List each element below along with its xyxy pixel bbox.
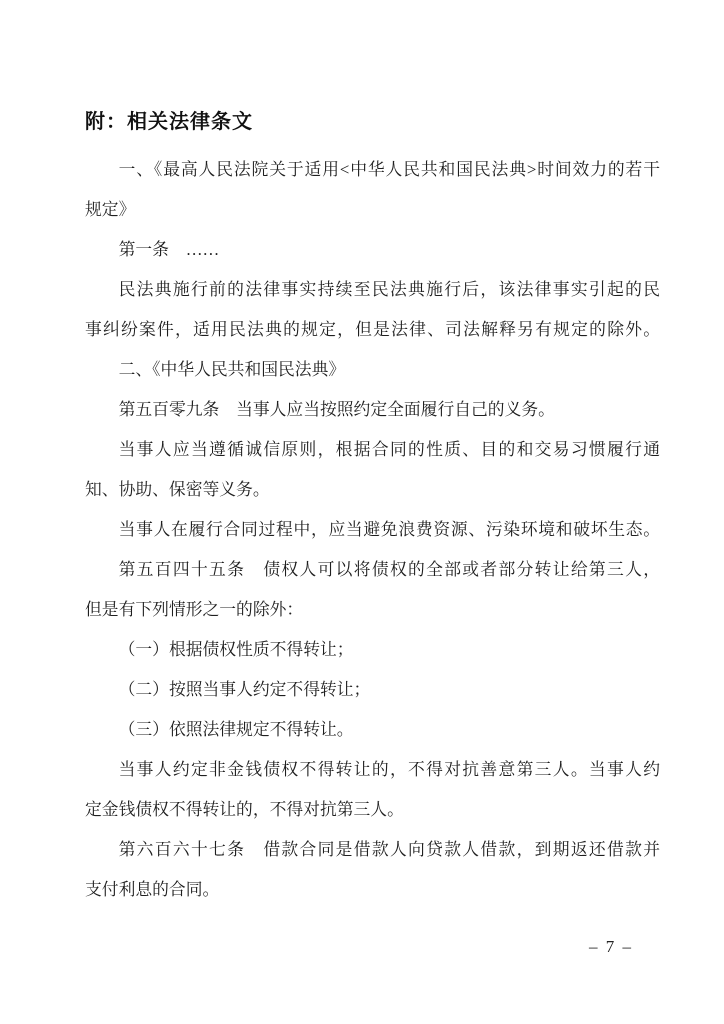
text-line: 第五百零九条 当事人应当按照约定全面履行自己的义务。 (85, 390, 660, 430)
text-line: 第六百六十七条 借款合同是借款人向贷款人借款，到期返还借款并 (85, 830, 660, 870)
page-number: – 7 – (589, 937, 633, 957)
text-line: （二）按照当事人约定不得转让； (85, 670, 660, 710)
text-line: 当事人应当遵循诚信原则，根据合同的性质、目的和交易习惯履行通 (85, 430, 660, 470)
attachment-heading: 附：相关法律条文 (85, 110, 253, 134)
text-line: 当事人约定非金钱债权不得转让的，不得对抗善意第三人。当事人约 (85, 750, 660, 790)
text-line: 民法典施行前的法律事实持续至民法典施行后，该法律事实引起的民 (85, 270, 660, 310)
document-page: 附：相关法律条文 一、《最高人民法院关于适用<中华人民共和国民法典>时间效力的若… (0, 0, 724, 1024)
text-line: （一）根据债权性质不得转让； (85, 630, 660, 670)
text-line: （三）依照法律规定不得转让。 (85, 710, 660, 750)
text-line: 定金钱债权不得转让的，不得对抗第三人。 (85, 790, 660, 830)
document-body: 一、《最高人民法院关于适用<中华人民共和国民法典>时间效力的若干规定》第一条 …… (85, 150, 660, 910)
text-line: 一、《最高人民法院关于适用<中华人民共和国民法典>时间效力的若干 (85, 150, 660, 190)
text-line: 事纠纷案件，适用民法典的规定，但是法律、司法解释另有规定的除外。 (85, 310, 660, 350)
text-line: 当事人在履行合同过程中，应当避免浪费资源、污染环境和破坏生态。 (85, 510, 660, 550)
text-line: 但是有下列情形之一的除外： (85, 590, 660, 630)
text-line: 第一条 …… (85, 230, 660, 270)
text-line: 知、协助、保密等义务。 (85, 470, 660, 510)
text-line: 规定》 (85, 190, 660, 230)
text-line: 二、《中华人民共和国民法典》 (85, 350, 660, 390)
text-line: 第五百四十五条 债权人可以将债权的全部或者部分转让给第三人， (85, 550, 660, 590)
text-line: 支付利息的合同。 (85, 870, 660, 910)
